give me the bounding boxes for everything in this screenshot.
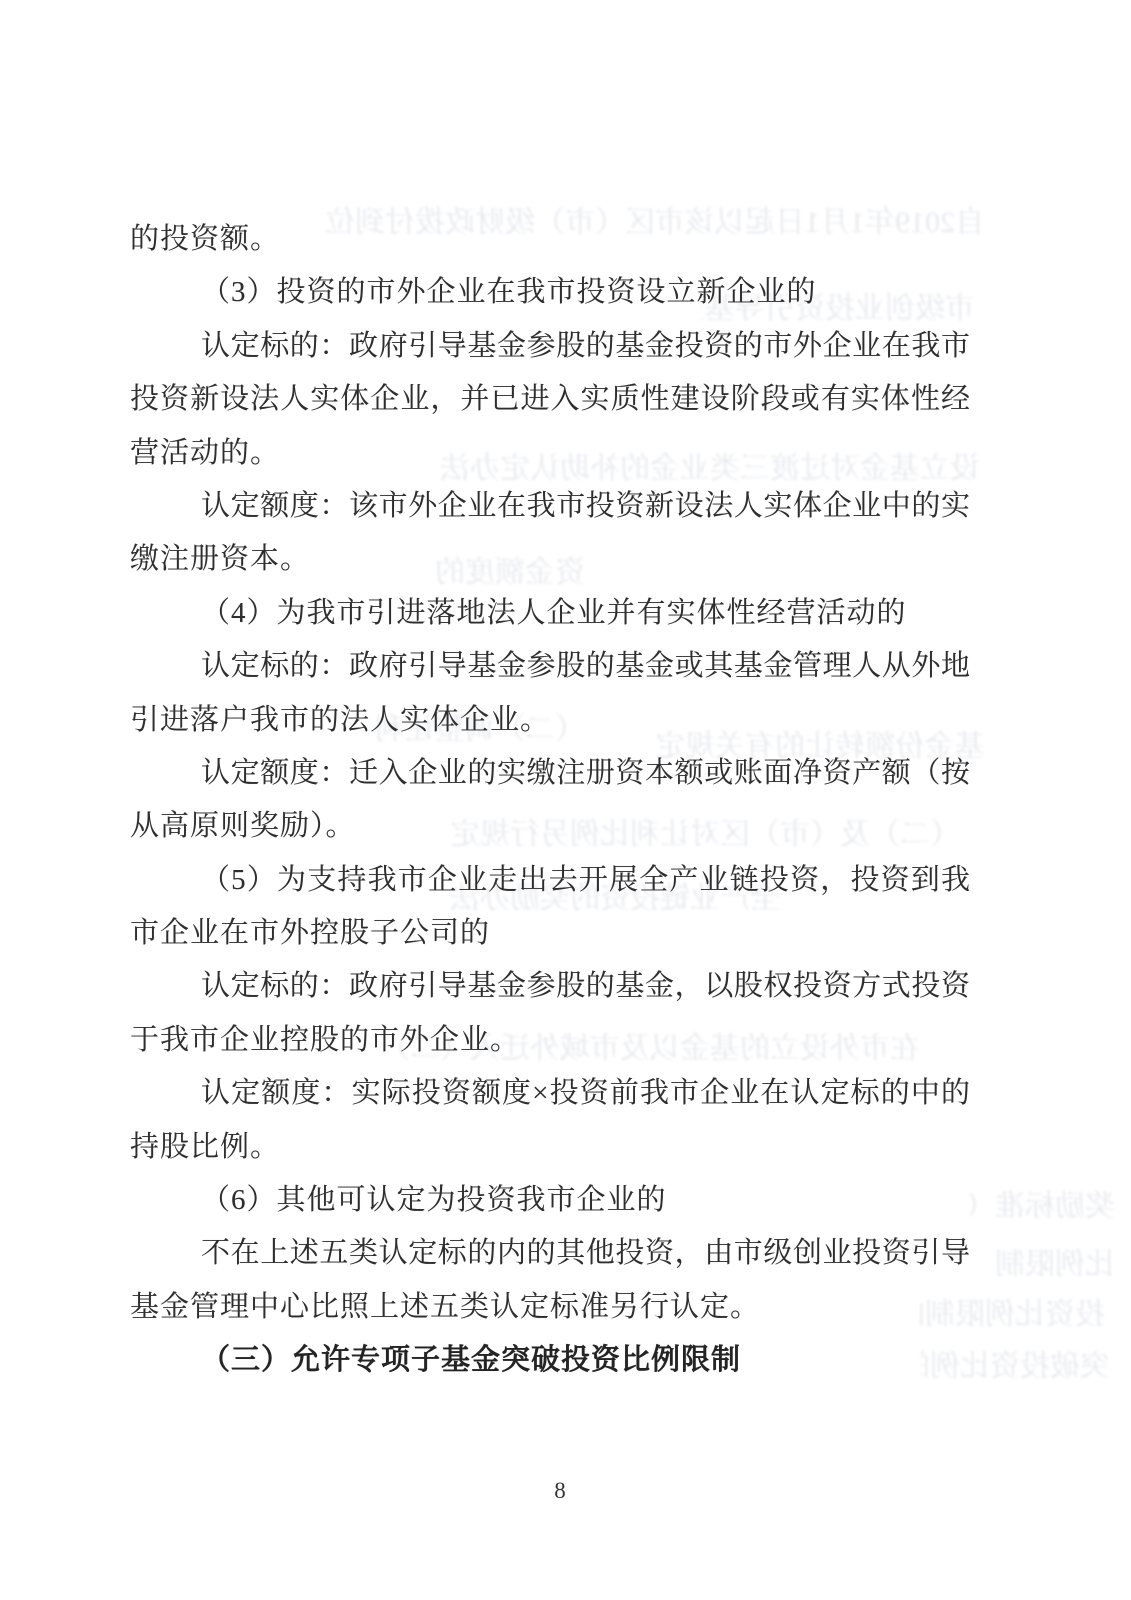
document-line: 的投资额。 [130, 213, 970, 266]
document-line: （4）为我市引进落地法人企业并有实体性经营活动的 [130, 587, 970, 640]
bleed-through-text: 奖励标准（一） [970, 1190, 1115, 1224]
document-line: 认定标的：政府引导基金参股的基金投资的市外企业在我市 [130, 320, 970, 373]
document-page: 自2019年1月1日起以该市区（市）级财政拨付到位市级创业投资引导基金设立基金对… [0, 0, 1131, 1600]
document-line: 缴注册资本。 [130, 533, 970, 586]
bleed-through-text: 比例限制 [995, 1248, 1115, 1282]
document-line: （5）为支持我市企业走出去开展全产业链投资，投资到我 [130, 854, 970, 907]
document-body: 的投资额。（3）投资的市外企业在我市投资设立新企业的认定标的：政府引导基金参股的… [130, 213, 970, 1388]
document-line: 认定额度：迁入企业的实缴注册资本额或账面净资产额（按 [130, 747, 970, 800]
document-line: 市企业在市外控股子公司的 [130, 907, 970, 960]
document-line: 引进落户我市的法人实体企业。 [130, 694, 970, 747]
document-line: 认定标的：政府引导基金参股的基金，以股权投资方式投资 [130, 960, 970, 1013]
document-line: （6）其他可认定为投资我市企业的 [130, 1174, 970, 1227]
section-heading: （三）允许专项子基金突破投资比例限制 [130, 1334, 970, 1387]
document-line: 于我市企业控股的市外企业。 [130, 1014, 970, 1067]
document-line: 营活动的。 [130, 427, 970, 480]
document-line: 认定额度：实际投资额度×投资前我市企业在认定标的中的 [130, 1067, 970, 1120]
document-line: 从高原则奖励）。 [130, 800, 970, 853]
document-line: 投资新设法人实体企业，并已进入实质性建设阶段或有实体性经 [130, 373, 970, 426]
document-line: 基金管理中心比照上述五类认定标准另行认定。 [130, 1281, 970, 1334]
page-number: 8 [0, 1478, 1120, 1504]
document-line: （3）投资的市外企业在我市投资设立新企业的 [130, 266, 970, 319]
document-line: 持股比例。 [130, 1121, 970, 1174]
document-line: 认定额度：该市外企业在我市投资新设法人实体企业中的实 [130, 480, 970, 533]
document-line: 认定标的：政府引导基金参股的基金或其基金管理人从外地 [130, 640, 970, 693]
document-line: 不在上述五类认定标的内的其他投资，由市级创业投资引导 [130, 1227, 970, 1280]
